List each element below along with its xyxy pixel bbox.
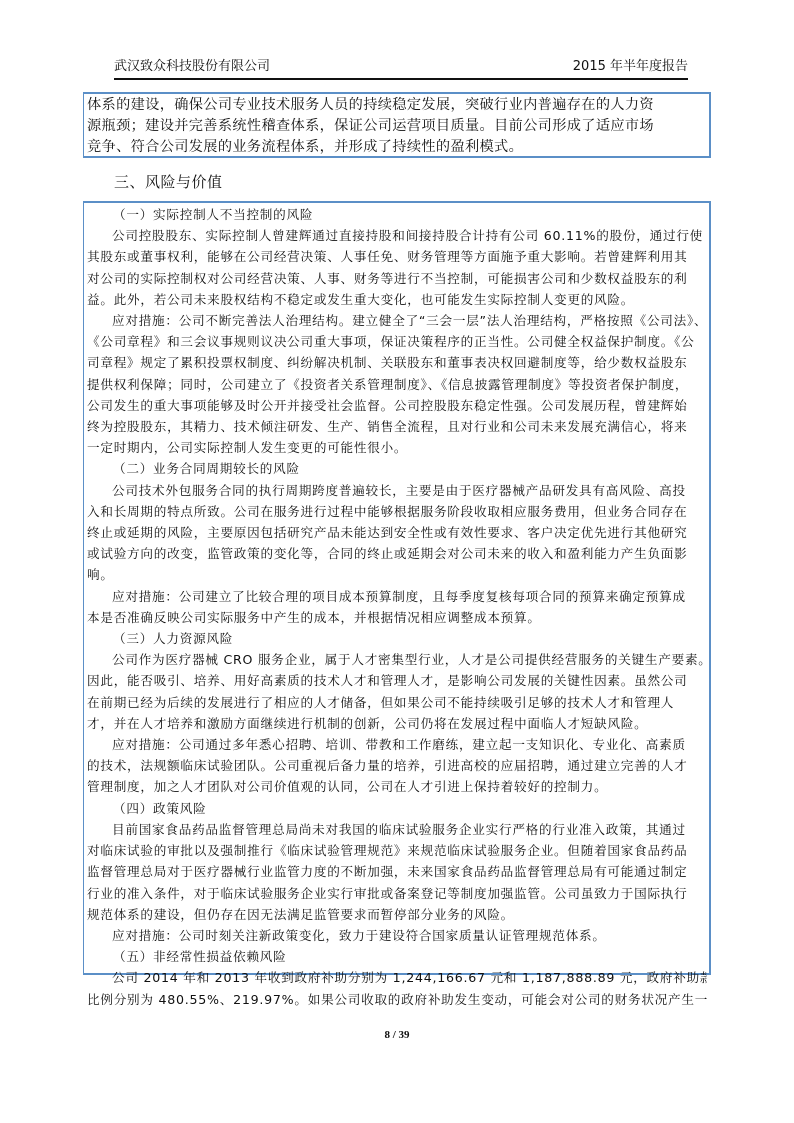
text-line: 目前国家食品药品监督管理总局尚未对我国的临床试验服务企业实行严格的行业准入政策，… xyxy=(87,819,707,840)
text-line: 应对措施：公司通过多年悉心招聘、培训、带教和工作磨练，建立起一支知识化、专业化、… xyxy=(87,734,707,755)
text-line: 在前期已经为后续的发展进行了相应的人才储备，但如果公司不能持续吸引足够的技术人才… xyxy=(87,692,707,713)
risk-heading-2: （二）业务合同周期较长的风险 xyxy=(87,458,707,479)
text-line: 规范体系的建设，但仍存在因无法满足监管要求而暂停部分业务的风险。 xyxy=(87,904,707,925)
company-name: 武汉致众科技股份有限公司 xyxy=(114,58,270,76)
text-line: 对临床试验的审批以及强制推行《临床试验管理规范》来规范临床试验服务企业。但随着国… xyxy=(87,840,707,861)
risk-heading-4: （四）政策风险 xyxy=(87,798,707,819)
text-line: 体系的建设，确保公司专业技术服务人员的持续稳定发展，突破行业内普遍存在的人力资 xyxy=(87,95,707,116)
text-line: 或试验方向的改变，监管政策的变化等，合同的终止或延期会对公司未来的收入和盈利能力… xyxy=(87,543,707,564)
text-line: 公司发生的重大事项能够及时公开并接受社会监督。公司控股股东稳定性强。公司发展历程… xyxy=(87,395,707,416)
text-line: 应对措施：公司时刻关注新政策变化，致力于建设符合国家质量认证管理规范体系。 xyxy=(87,925,707,946)
text-line: 终止或延期的风险，主要原因包括研究产品未能达到安全性或有效性要求、客户决定优先进… xyxy=(87,522,707,543)
text-line: 应对措施：公司建立了比较合理的项目成本预算制度，且每季度复核每项合同的预算来确定… xyxy=(87,586,707,607)
text-line: 监督管理总局对于医疗器械行业监管力度的不断加强，未来国家食品药品监督管理总局有可… xyxy=(87,861,707,882)
risk-text-box: （一）实际控制人不当控制的风险 公司控股股东、实际控制人曾建辉通过直接持股和间接… xyxy=(83,201,711,975)
risk-heading-3: （三）人力资源风险 xyxy=(87,628,707,649)
text-line: 行业的准入条件，对于临床试验服务企业实行审批或备案登记等制度加强监管。公司虽致力… xyxy=(87,883,707,904)
text-line: 因此，能否吸引、培养、用好高素质的技术人才和管理人才，是影响公司发展的关键性因素… xyxy=(87,670,707,691)
text-line: 入和长周期的特点所致。公司在服务进行过程中能够根据服务阶段收取相应服务费用，但业… xyxy=(87,501,707,522)
text-line: 其股东或董事权利，能够在公司经营决策、人事任免、财务管理等方面施予重大影响。若曾… xyxy=(87,246,707,267)
text-line: 终为控股股东，其精力、技术倾注研发、生产、销售全流程，且对行业和公司未来发展充满… xyxy=(87,416,707,437)
text-line: 公司技术外包服务合同的执行周期跨度普遍较长，主要是由于医疗器械产品研发具有高风险… xyxy=(87,480,707,501)
page-header: 武汉致众科技股份有限公司 2015 年半年度报告 xyxy=(114,58,688,80)
risk-heading-5: （五）非经常性损益依赖风险 xyxy=(87,946,707,967)
text-line: 才，并在人才培养和激励方面继续进行机制的创新，公司仍将在发展过程中面临人才短缺风… xyxy=(87,713,707,734)
text-line: 比例分别为 480.55%、219.97%。如果公司收取的政府补助发生变动，可能… xyxy=(87,989,707,1010)
text-line: 公司 2014 年和 2013 年收到政府补助分别为 1,244,166.67 … xyxy=(87,967,707,988)
report-title: 2015 年半年度报告 xyxy=(573,58,688,76)
text-line: 提供权利保障；同时，公司建立了《投资者关系管理制度》、《信息披露管理制度》等投资… xyxy=(87,374,707,395)
risk-heading-1: （一）实际控制人不当控制的风险 xyxy=(87,204,707,225)
text-line: 应对措施：公司不断完善法人治理结构。建立健全了“三会一层”法人治理结构，严格按照… xyxy=(87,310,707,331)
text-line: 竞争、符合公司发展的业务流程体系，并形成了持续性的盈利模式。 xyxy=(87,137,707,158)
text-line: 的技术，法规额临床试验团队。公司重视后备力量的培养，引进高校的应届招聘，通过建立… xyxy=(87,755,707,776)
text-line: 一定时期内，公司实际控制人发生变更的可能性很小。 xyxy=(87,437,707,458)
text-line: 公司作为医疗器械 CRO 服务企业，属于人才密集型行业，人才是公司提供经营服务的… xyxy=(87,649,707,670)
text-line: 源瓶颈；建设并完善系统性稽查体系，保证公司运营项目质量。目前公司形成了适应市场 xyxy=(87,116,707,137)
text-line: 对公司的实际控制权对公司经营决策、人事、财务等进行不当控制，可能损害公司和少数权… xyxy=(87,268,707,289)
intro-text-box: 体系的建设，确保公司专业技术服务人员的持续稳定发展，突破行业内普遍存在的人力资 … xyxy=(83,92,711,158)
text-line: 公司控股股东、实际控制人曾建辉通过直接持股和间接持股合计持有公司 60.11%的… xyxy=(87,225,707,246)
text-line: 司章程》规定了累积投票权制度、纠纷解决机制、关联股东和董事表决权回避制度等，给少… xyxy=(87,352,707,373)
page-number: 8 / 39 xyxy=(0,1029,794,1041)
text-line: 益。此外，若公司未来股权结构不稳定或发生重大变化，也可能发生实际控制人变更的风险… xyxy=(87,289,707,310)
text-line: 管理制度，加之人才团队对公司价值观的认同，公司在人才引进上保持着较好的控制力。 xyxy=(87,776,707,797)
text-line: 《公司章程》和三会议事规则议决公司重大事项，保证决策程序的正当性。公司健全权益保… xyxy=(87,331,707,352)
text-line: 本是否准确反映公司实际服务中产生的成本，并根据情况相应调整成本预算。 xyxy=(87,607,707,628)
text-line: 响。 xyxy=(87,564,707,585)
section-title: 三、风险与价值 xyxy=(114,172,223,192)
